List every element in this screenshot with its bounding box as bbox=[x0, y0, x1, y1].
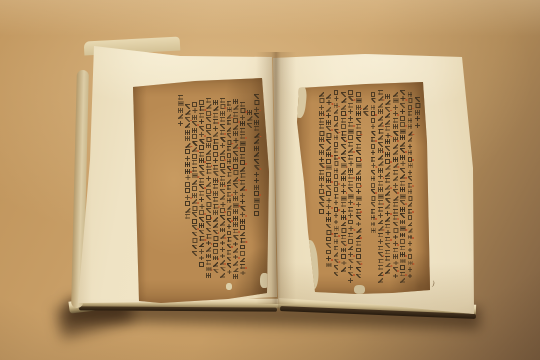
torn-edge-patch bbox=[354, 285, 365, 294]
right-manuscript-leaf bbox=[296, 82, 430, 295]
photo-scene: ) bbox=[0, 0, 540, 360]
left-manuscript-leaf bbox=[133, 77, 270, 305]
page-number-mark: ) bbox=[431, 280, 435, 288]
left-calligraphy-columns bbox=[177, 92, 260, 281]
damage-patch bbox=[226, 283, 232, 290]
right-calligraphy-columns bbox=[318, 90, 421, 285]
